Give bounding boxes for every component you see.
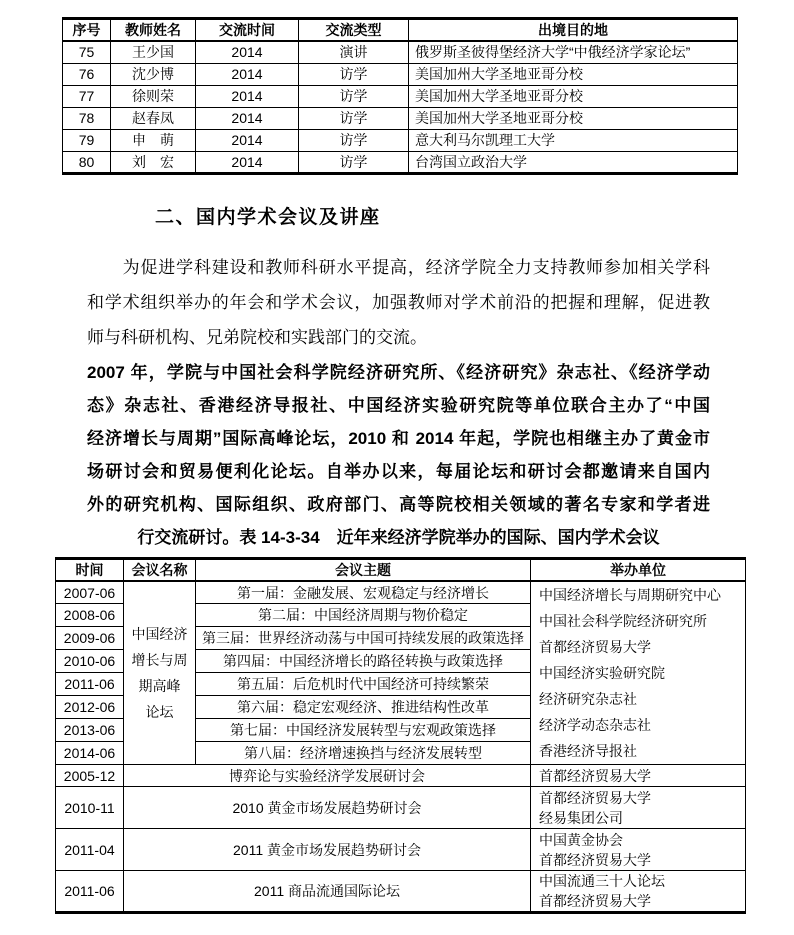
cell-serial: 77 xyxy=(63,85,111,107)
document-page: 序号 教师姓名 交流时间 交流类型 出境目的地 75 王少国 2014 演讲 俄… xyxy=(0,0,794,935)
organizer-cell: 首都经济贸易大学 xyxy=(531,765,746,787)
organizer-line: 经易集团公司 xyxy=(539,808,745,828)
cell-exchange-time: 2014 xyxy=(196,85,299,107)
table-row: 2011-04 2011 黄金市场发展趋势研讨会 中国黄金协会 首都经济贸易大学 xyxy=(56,829,746,871)
cell-theme: 第五届：后危机时代中国经济可持续繁荣 xyxy=(196,673,531,696)
organizer-cell: 首都经济贸易大学 经易集团公司 xyxy=(531,787,746,829)
organizer-line: 首都经济贸易大学 xyxy=(539,788,745,808)
organizer-line: 中国经济增长与周期研究中心 xyxy=(539,582,745,608)
cell-teacher-name: 赵春凤 xyxy=(111,107,196,129)
paragraph-line: 和学术组织举办的年会和学术会议，加强教师对学术前沿的把握和理解，促进教 xyxy=(87,285,710,320)
header-teacher-name: 教师姓名 xyxy=(111,19,196,42)
cell-teacher-name: 申 萌 xyxy=(111,129,196,151)
cell-exchange-time: 2014 xyxy=(196,63,299,85)
cell-destination: 美国加州大学圣地亚哥分校 xyxy=(409,85,738,107)
cell-time: 2013-06 xyxy=(56,719,124,742)
cell-time: 2007-06 xyxy=(56,581,124,604)
table-row: 76 沈少博 2014 访学 美国加州大学圣地亚哥分校 xyxy=(63,63,738,85)
cell-teacher-name: 沈少博 xyxy=(111,63,196,85)
cell-conference-title: 2011 黄金市场发展趋势研讨会 xyxy=(124,829,531,871)
cell-destination: 台湾国立政治大学 xyxy=(409,151,738,173)
header-serial: 序号 xyxy=(63,19,111,42)
cell-exchange-type: 访学 xyxy=(299,85,409,107)
table-row: 79 申 萌 2014 访学 意大利马尔凯理工大学 xyxy=(63,129,738,151)
cell-destination: 俄罗斯圣彼得堡经济大学“中俄经济学家论坛” xyxy=(409,41,738,63)
cell-exchange-time: 2014 xyxy=(196,151,299,173)
cell-teacher-name: 王少国 xyxy=(111,41,196,63)
header-exchange-type: 交流类型 xyxy=(299,19,409,42)
cell-theme: 第三届：世界经济动荡与中国可持续发展的政策选择 xyxy=(196,627,531,650)
organizer-line: 经济学动态杂志社 xyxy=(539,712,745,738)
header-exchange-time: 交流时间 xyxy=(196,19,299,42)
header-destination: 出境目的地 xyxy=(409,19,738,42)
conference-name-line: 中国经济 xyxy=(124,621,195,647)
cell-time: 2010-11 xyxy=(56,787,124,829)
cell-time: 2005-12 xyxy=(56,765,124,787)
conference-table: 时间 会议名称 会议主题 举办单位 2007-06 中国经济 增长与周 期高峰 … xyxy=(55,557,746,914)
paragraph-line: 师与科研机构、兄弟院校和实践部门的交流。 xyxy=(87,320,710,355)
paragraph-line: 外的研究机构、国际组织、政府部门、高等院校相关领域的著名专家和学者进 xyxy=(87,488,710,521)
cell-exchange-type: 演讲 xyxy=(299,41,409,63)
cell-time: 2011-04 xyxy=(56,829,124,871)
table-header-row: 时间 会议名称 会议主题 举办单位 xyxy=(56,559,746,582)
cell-exchange-time: 2014 xyxy=(196,129,299,151)
table-row: 77 徐则荣 2014 访学 美国加州大学圣地亚哥分校 xyxy=(63,85,738,107)
organizer-line: 首都经济贸易大学 xyxy=(539,766,745,786)
cell-theme: 第四届：中国经济增长的路径转换与政策选择 xyxy=(196,650,531,673)
cell-exchange-type: 访学 xyxy=(299,129,409,151)
organizer-line: 中国黄金协会 xyxy=(539,830,745,850)
organizer-cell: 中国流通三十人论坛 首都经济贸易大学 xyxy=(531,871,746,913)
cell-conference-title: 2011 商品流通国际论坛 xyxy=(124,871,531,913)
cell-teacher-name: 徐则荣 xyxy=(111,85,196,107)
teacher-exchange-table: 序号 教师姓名 交流时间 交流类型 出境目的地 75 王少国 2014 演讲 俄… xyxy=(62,17,738,175)
organizer-line: 经济研究杂志社 xyxy=(539,686,745,712)
paragraph-line: 2007 年，学院与中国社会科学院经济研究所、《经济研究》杂志社、《经济学动 xyxy=(87,356,710,389)
cell-time: 2009-06 xyxy=(56,627,124,650)
cell-destination: 美国加州大学圣地亚哥分校 xyxy=(409,107,738,129)
cell-destination: 美国加州大学圣地亚哥分校 xyxy=(409,63,738,85)
organizer-line: 中国经济实验研究院 xyxy=(539,660,745,686)
table-row: 2010-11 2010 黄金市场发展趋势研讨会 首都经济贸易大学 经易集团公司 xyxy=(56,787,746,829)
cell-conference-title: 博弈论与实验经济学发展研讨会 xyxy=(124,765,531,787)
cell-exchange-type: 访学 xyxy=(299,107,409,129)
cell-theme: 第八届：经济增速换挡与经济发展转型 xyxy=(196,742,531,765)
paragraph-line: 经济增长与周期”国际高峰论坛，2010 和 2014 年起，学院也相继主办了黄金… xyxy=(87,422,710,455)
cell-time: 2011-06 xyxy=(56,673,124,696)
table-row: 2007-06 中国经济 增长与周 期高峰 论坛 第一届：金融发展、宏观稳定与经… xyxy=(56,581,746,604)
organizer-cell: 中国黄金协会 首都经济贸易大学 xyxy=(531,829,746,871)
conference-name-cell: 中国经济 增长与周 期高峰 论坛 xyxy=(124,581,196,765)
cell-exchange-type: 访学 xyxy=(299,63,409,85)
conference-name-line: 增长与周 xyxy=(124,647,195,673)
table-row: 2011-06 2011 商品流通国际论坛 中国流通三十人论坛 首都经济贸易大学 xyxy=(56,871,746,913)
organizer-line: 香港经济导报社 xyxy=(539,738,745,764)
header-conference-theme: 会议主题 xyxy=(196,559,531,582)
organizer-line: 中国社会科学院经济研究所 xyxy=(539,608,745,634)
organizer-cell: 中国经济增长与周期研究中心 中国社会科学院经济研究所 首都经济贸易大学 中国经济… xyxy=(531,581,746,765)
cell-theme: 第六届：稳定宏观经济、推进结构性改革 xyxy=(196,696,531,719)
header-time: 时间 xyxy=(56,559,124,582)
paragraph-line: 场研讨会和贸易便利化论坛。自举办以来，每届论坛和研讨会都邀请来自国内 xyxy=(87,455,710,488)
cell-time: 2010-06 xyxy=(56,650,124,673)
cell-theme: 第二届：中国经济周期与物价稳定 xyxy=(196,604,531,627)
paragraph-line: 态》杂志社、香港经济导报社、中国经济实验研究院等单位联合主办了“中国 xyxy=(87,389,710,422)
table-row: 75 王少国 2014 演讲 俄罗斯圣彼得堡经济大学“中俄经济学家论坛” xyxy=(63,41,738,63)
organizer-line: 首都经济贸易大学 xyxy=(539,634,745,660)
table-header-row: 序号 教师姓名 交流时间 交流类型 出境目的地 xyxy=(63,19,738,42)
cell-serial: 75 xyxy=(63,41,111,63)
paragraph-line: 为促进学科建设和教师科研水平提高，经济学院全力支持教师参加相关学科 xyxy=(87,250,710,285)
table-row: 78 赵春凤 2014 访学 美国加州大学圣地亚哥分校 xyxy=(63,107,738,129)
section-heading: 二、国内学术会议及讲座 xyxy=(155,202,381,229)
cell-exchange-type: 访学 xyxy=(299,151,409,173)
cell-destination: 意大利马尔凯理工大学 xyxy=(409,129,738,151)
cell-serial: 76 xyxy=(63,63,111,85)
cell-serial: 78 xyxy=(63,107,111,129)
organizer-line: 首都经济贸易大学 xyxy=(539,891,745,911)
header-conference-name: 会议名称 xyxy=(124,559,196,582)
cell-serial: 79 xyxy=(63,129,111,151)
cell-exchange-time: 2014 xyxy=(196,107,299,129)
table-row: 2005-12 博弈论与实验经济学发展研讨会 首都经济贸易大学 xyxy=(56,765,746,787)
cell-teacher-name: 刘 宏 xyxy=(111,151,196,173)
header-organizer: 举办单位 xyxy=(531,559,746,582)
cell-conference-title: 2010 黄金市场发展趋势研讨会 xyxy=(124,787,531,829)
conference-name-line: 期高峰 xyxy=(124,673,195,699)
conference-name-line: 论坛 xyxy=(124,699,195,725)
organizer-line: 中国流通三十人论坛 xyxy=(539,871,745,891)
cell-time: 2008-06 xyxy=(56,604,124,627)
cell-time: 2011-06 xyxy=(56,871,124,913)
cell-theme: 第七届：中国经济发展转型与宏观政策选择 xyxy=(196,719,531,742)
table-row: 80 刘 宏 2014 访学 台湾国立政治大学 xyxy=(63,151,738,173)
table-caption-line: 行交流研讨。表 14-3-34 近年来经济学院举办的国际、国内学术会议 xyxy=(87,521,710,554)
cell-time: 2014-06 xyxy=(56,742,124,765)
organizer-line: 首都经济贸易大学 xyxy=(539,850,745,870)
cell-theme: 第一届：金融发展、宏观稳定与经济增长 xyxy=(196,581,531,604)
cell-time: 2012-06 xyxy=(56,696,124,719)
cell-exchange-time: 2014 xyxy=(196,41,299,63)
cell-serial: 80 xyxy=(63,151,111,173)
paragraph-conference-history: 2007 年，学院与中国社会科学院经济研究所、《经济研究》杂志社、《经济学动 态… xyxy=(87,356,710,554)
paragraph-intro: 为促进学科建设和教师科研水平提高，经济学院全力支持教师参加相关学科 和学术组织举… xyxy=(87,250,710,355)
